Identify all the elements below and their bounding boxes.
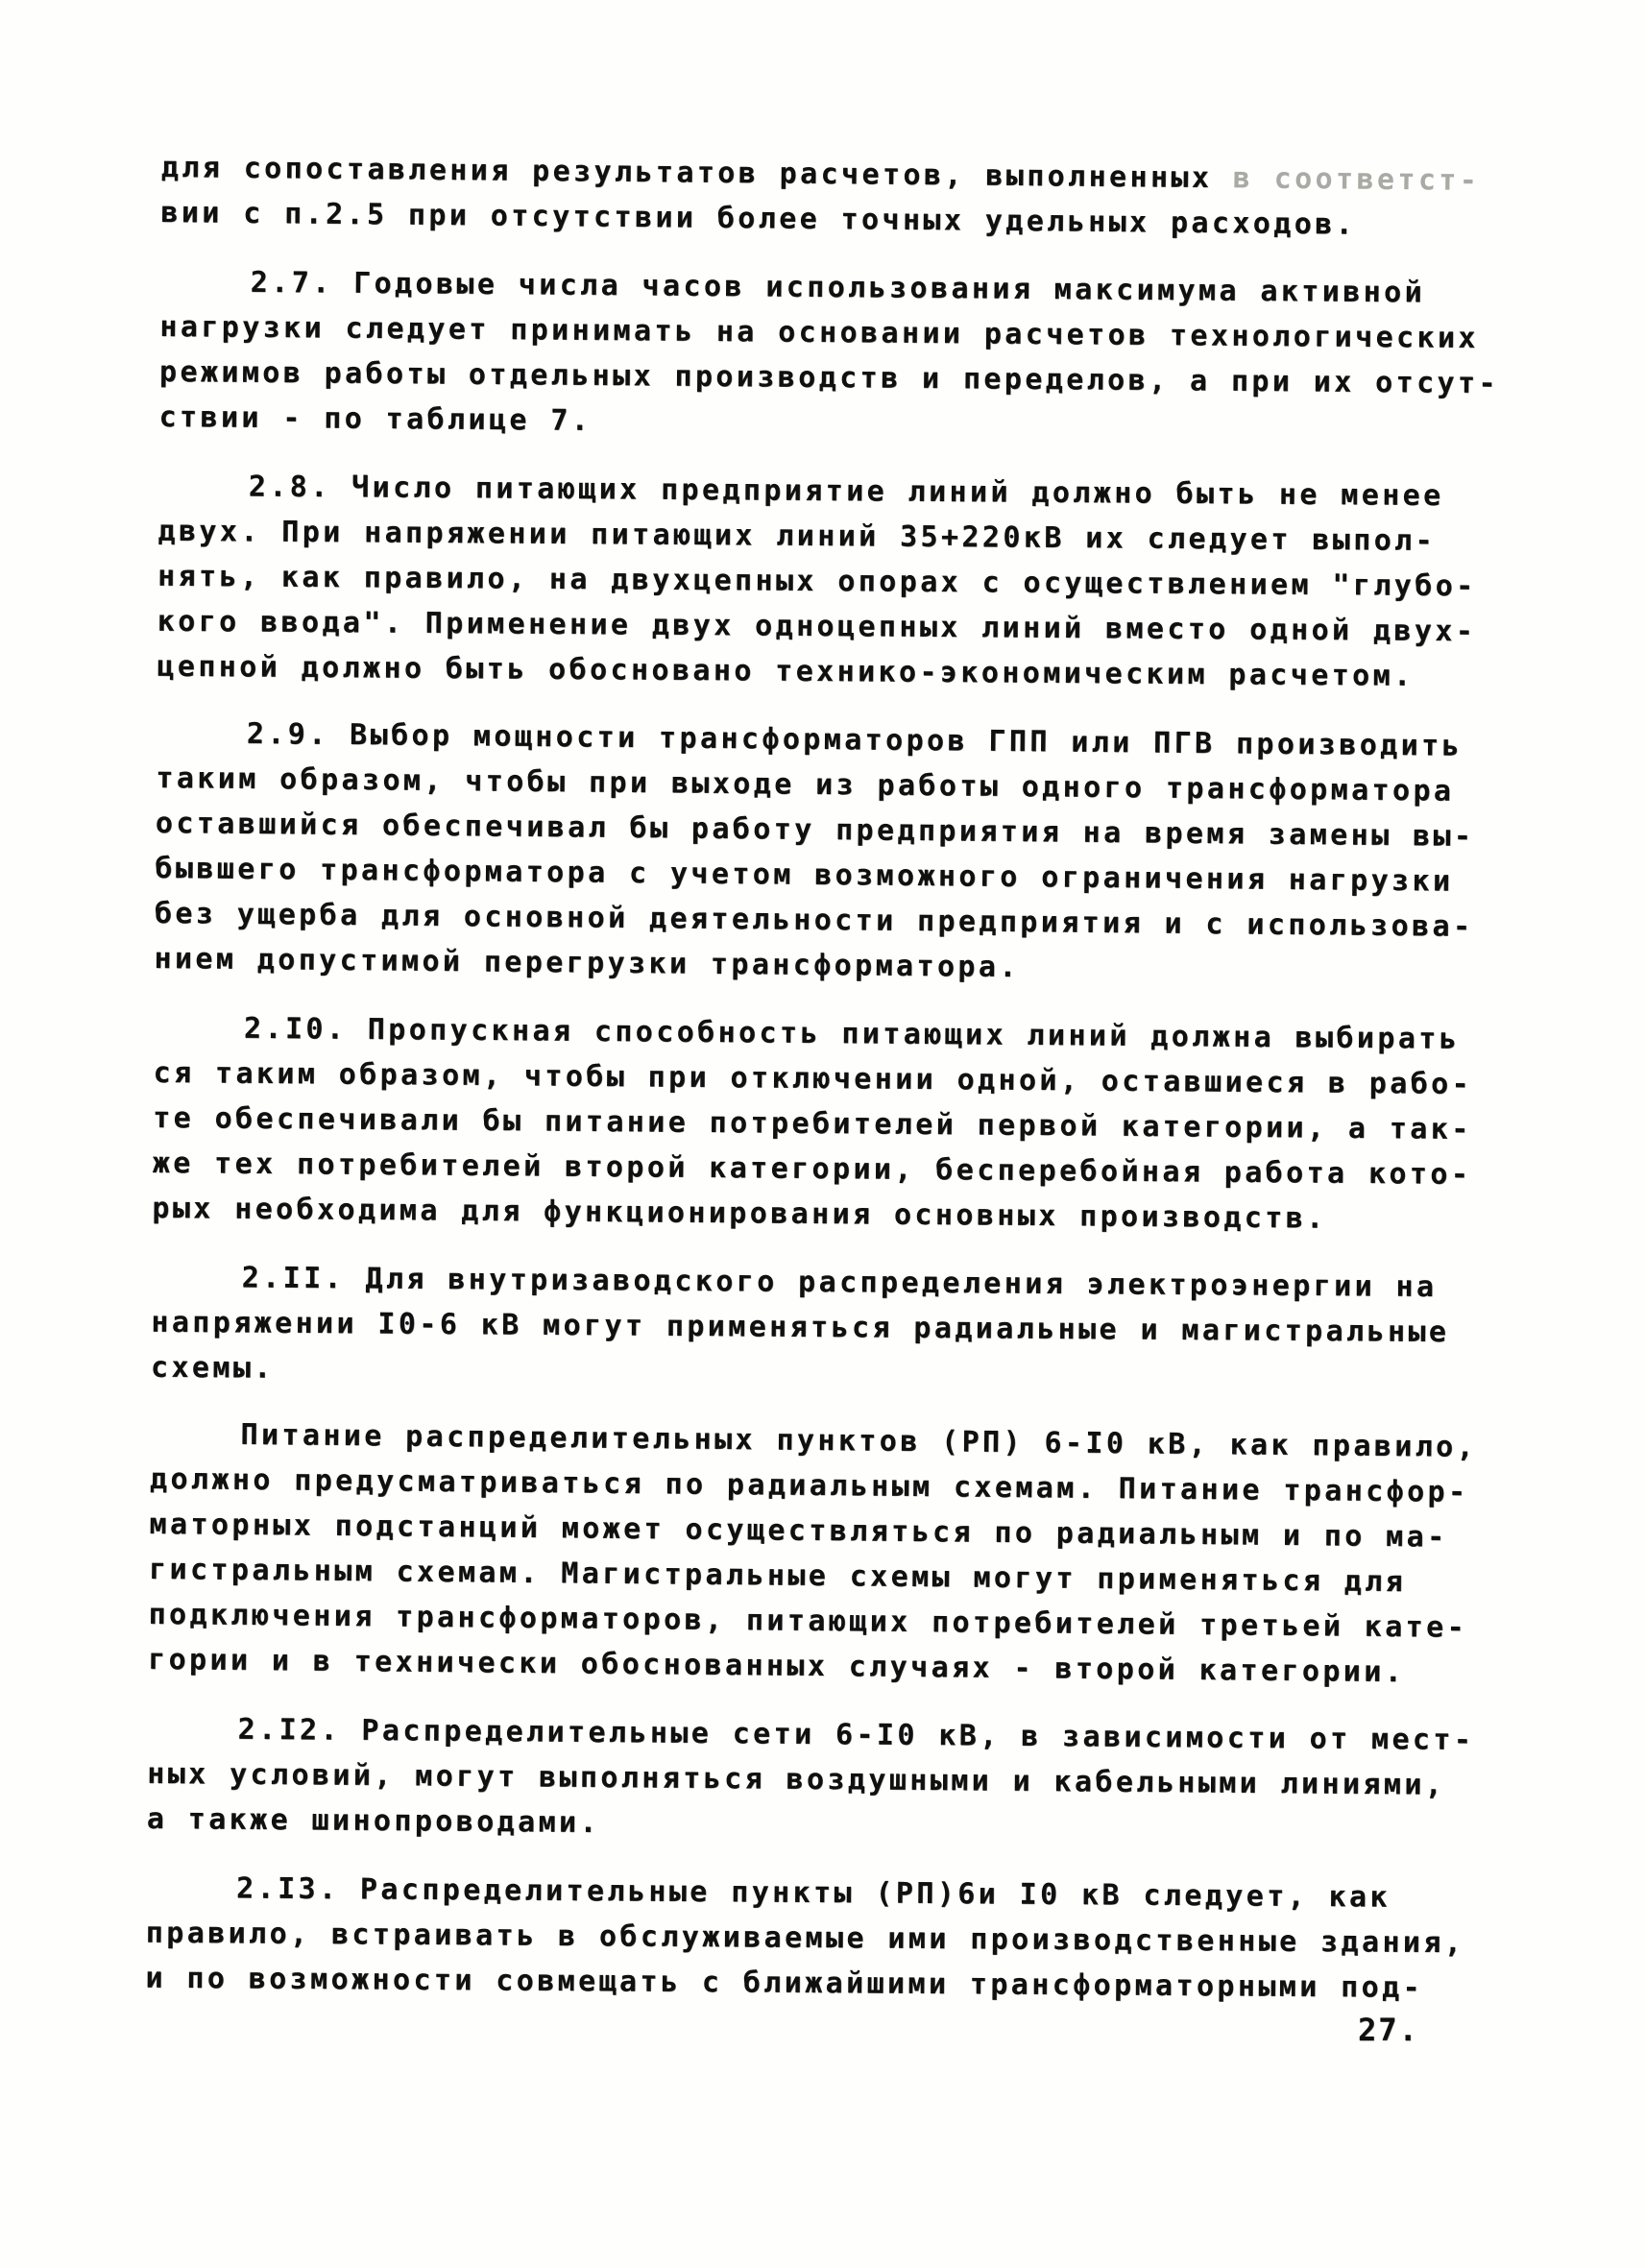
text-block: для сопоставления результатов расчетов, … xyxy=(145,146,1542,2012)
paragraph-2-11: 2.II. Для внутризаводского распределения… xyxy=(151,1255,1533,1401)
paragraph-2-9: 2.9. Выбор мощности трансформаторов ГПП … xyxy=(154,711,1537,996)
paragraph-2-13: 2.I3. Распределительные пункты (РП)6и I0… xyxy=(145,1866,1527,2012)
paragraph-2-8: 2.8. Число питающих предприятие линий до… xyxy=(157,464,1539,700)
paragraph-2-12: 2.I2. Распределительные сети 6-I0 кВ, в … xyxy=(147,1706,1529,1854)
paragraph-2-10: 2.I0. Пропускная способность питающих ли… xyxy=(152,1005,1535,1243)
faded-text: в соответст- xyxy=(1233,161,1481,198)
paragraph-continuation: для сопоставления результатов расчетов, … xyxy=(160,145,1542,250)
page-number: 27. xyxy=(1358,2011,1419,2049)
paragraph-rp-feeding: Питание распределительных пунктов (РП) 6… xyxy=(148,1411,1532,1697)
paragraph-2-7: 2.7. Годовые числа часов использования м… xyxy=(158,259,1541,452)
paragraph-text: для сопоставления результатов расчетов, … xyxy=(161,151,1233,195)
scanned-page: для сопоставления результатов расчетов, … xyxy=(0,0,1645,2268)
